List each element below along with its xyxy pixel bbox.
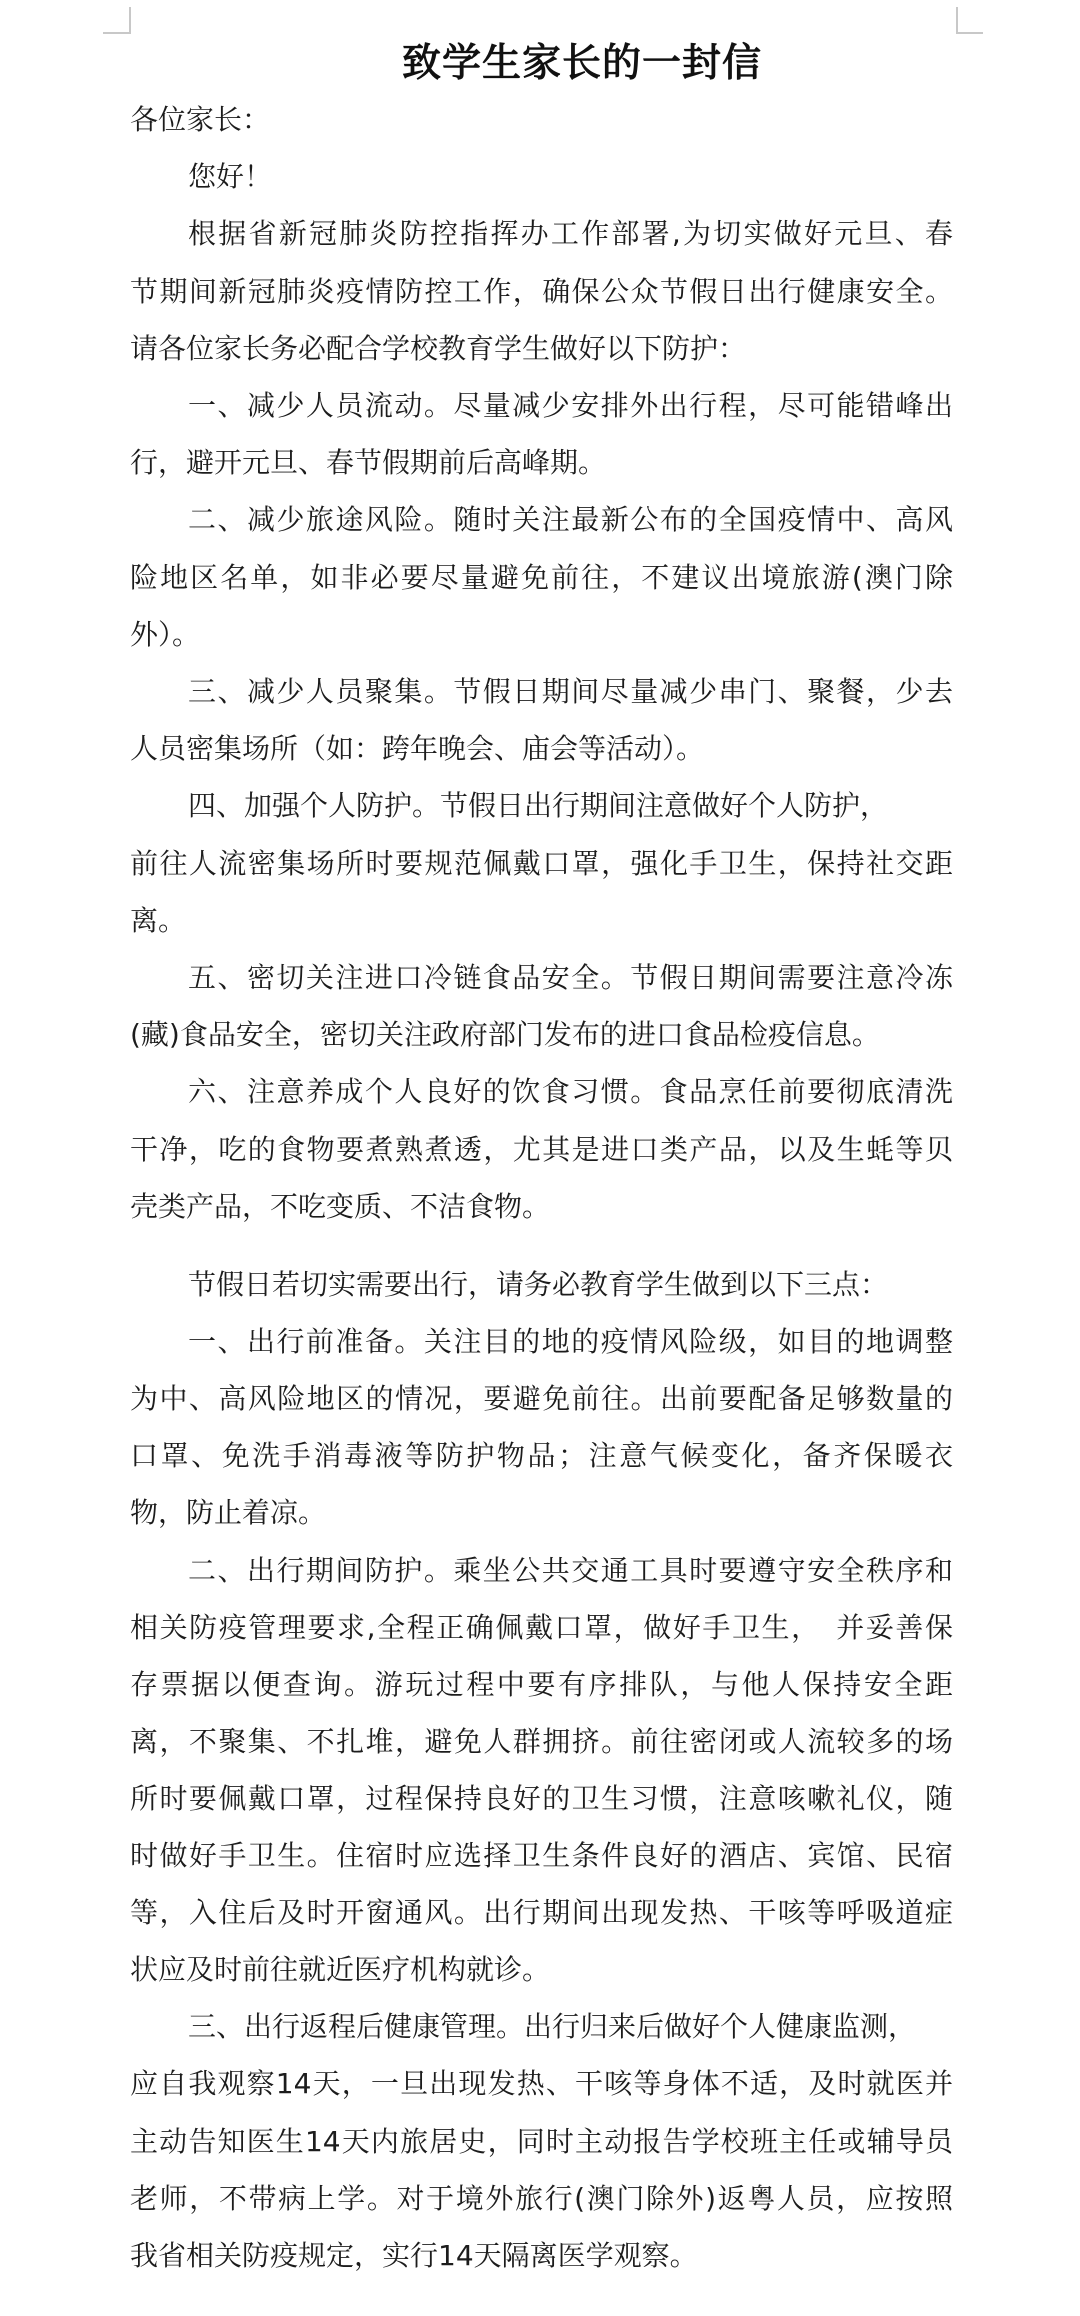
text-line: 离。 [130, 901, 953, 941]
text-line: 节假日若切实需要出行，请务必教育学生做到以下三点： [188, 1265, 953, 1305]
text-line: 请各位家长务必配合学校教育学生做好以下防护： [130, 329, 953, 369]
text-line: 二、减少旅途风险。随时关注最新公布的全国疫情中、高风 [188, 500, 953, 540]
crop-mark-top-left-vertical [129, 7, 131, 34]
text-line: 相关防疫管理要求,全程正确佩戴口罩，做好手卫生， 并妥善保 [130, 1608, 953, 1648]
text-line: 主动告知医生14天内旅居史，同时主动报告学校班主任或辅导员 [130, 2122, 953, 2162]
text-line: 口罩、免洗手消毒液等防护物品；注意气候变化，备齐保暖衣 [130, 1436, 953, 1476]
crop-mark-top-right-horizontal [956, 32, 983, 34]
text-line: 物，防止着凉。 [130, 1493, 953, 1533]
text-line: 人员密集场所（如：跨年晚会、庙会等活动）。 [130, 729, 953, 769]
text-line: 老师，不带病上学。对于境外旅行(澳门除外)返粤人员，应按照 [130, 2179, 953, 2219]
text-line: 根据省新冠肺炎防控指挥办工作部署,为切实做好元旦、春 [188, 214, 953, 254]
text-line: 一、出行前准备。关注目的地的疫情风险级，如目的地调整 [188, 1322, 953, 1362]
text-line: 离，不聚集、不扎堆，避免人群拥挤。前往密闭或人流较多的场 [130, 1722, 953, 1762]
text-line: 所时要佩戴口罩，过程保持良好的卫生习惯，注意咳嗽礼仪，随 [130, 1779, 953, 1819]
text-line: 二、出行期间防护。乘坐公共交通工具时要遵守安全秩序和 [188, 1551, 953, 1591]
text-line: 行，避开元旦、春节假期前后高峰期。 [130, 443, 953, 483]
text-line: 干净，吃的食物要煮熟煮透，尤其是进口类产品，以及生蚝等贝 [130, 1130, 953, 1170]
text-line: 各位家长： [130, 100, 953, 140]
text-line: 前往人流密集场所时要规范佩戴口罩，强化手卫生，保持社交距 [130, 844, 953, 884]
text-line: 四、加强个人防护。节假日出行期间注意做好个人防护， [188, 786, 953, 826]
letter-title: 致学生家长的一封信 [0, 38, 1080, 90]
text-line: 应自我观察14天，一旦出现发热、干咳等身体不适，及时就医并 [130, 2064, 953, 2104]
text-line: 壳类产品，不吃变质、不洁食物。 [130, 1187, 953, 1227]
text-line: 外）。 [130, 615, 953, 655]
text-line: 您好！ [188, 157, 953, 197]
text-line: 节期间新冠肺炎疫情防控工作，确保公众节假日出行健康安全。 [130, 272, 953, 312]
text-line: 险地区名单，如非必要尽量避免前往，不建议出境旅游(澳门除 [130, 558, 953, 598]
text-line: 三、出行返程后健康管理。出行归来后做好个人健康监测， [188, 2007, 953, 2047]
text-line: 三、减少人员聚集。节假日期间尽量减少串门、聚餐，少去 [188, 672, 953, 712]
text-line: 我省相关防疫规定，实行14天隔离医学观察。 [130, 2236, 953, 2276]
crop-mark-top-left-horizontal [103, 32, 131, 34]
text-line: 五、密切关注进口冷链食品安全。节假日期间需要注意冷冻 [188, 958, 953, 998]
text-line: 存票据以便查询。游玩过程中要有序排队，与他人保持安全距 [130, 1665, 953, 1705]
text-line: (藏)食品安全，密切关注政府部门发布的进口食品检疫信息。 [130, 1015, 953, 1055]
text-line: 状应及时前往就近医疗机构就诊。 [130, 1950, 953, 1990]
text-line: 六、注意养成个人良好的饮食习惯。食品烹任前要彻底清洗 [188, 1072, 953, 1112]
text-line: 一、减少人员流动。尽量减少安排外出行程，尽可能错峰出 [188, 386, 953, 426]
crop-mark-top-right-vertical [956, 7, 958, 34]
text-line: 时做好手卫生。住宿时应选择卫生条件良好的酒店、宾馆、民宿 [130, 1836, 953, 1876]
text-line: 等，入住后及时开窗通风。出行期间出现发热、干咳等呼吸道症 [130, 1893, 953, 1933]
text-line: 为中、高风险地区的情况，要避免前往。出前要配备足够数量的 [130, 1379, 953, 1419]
